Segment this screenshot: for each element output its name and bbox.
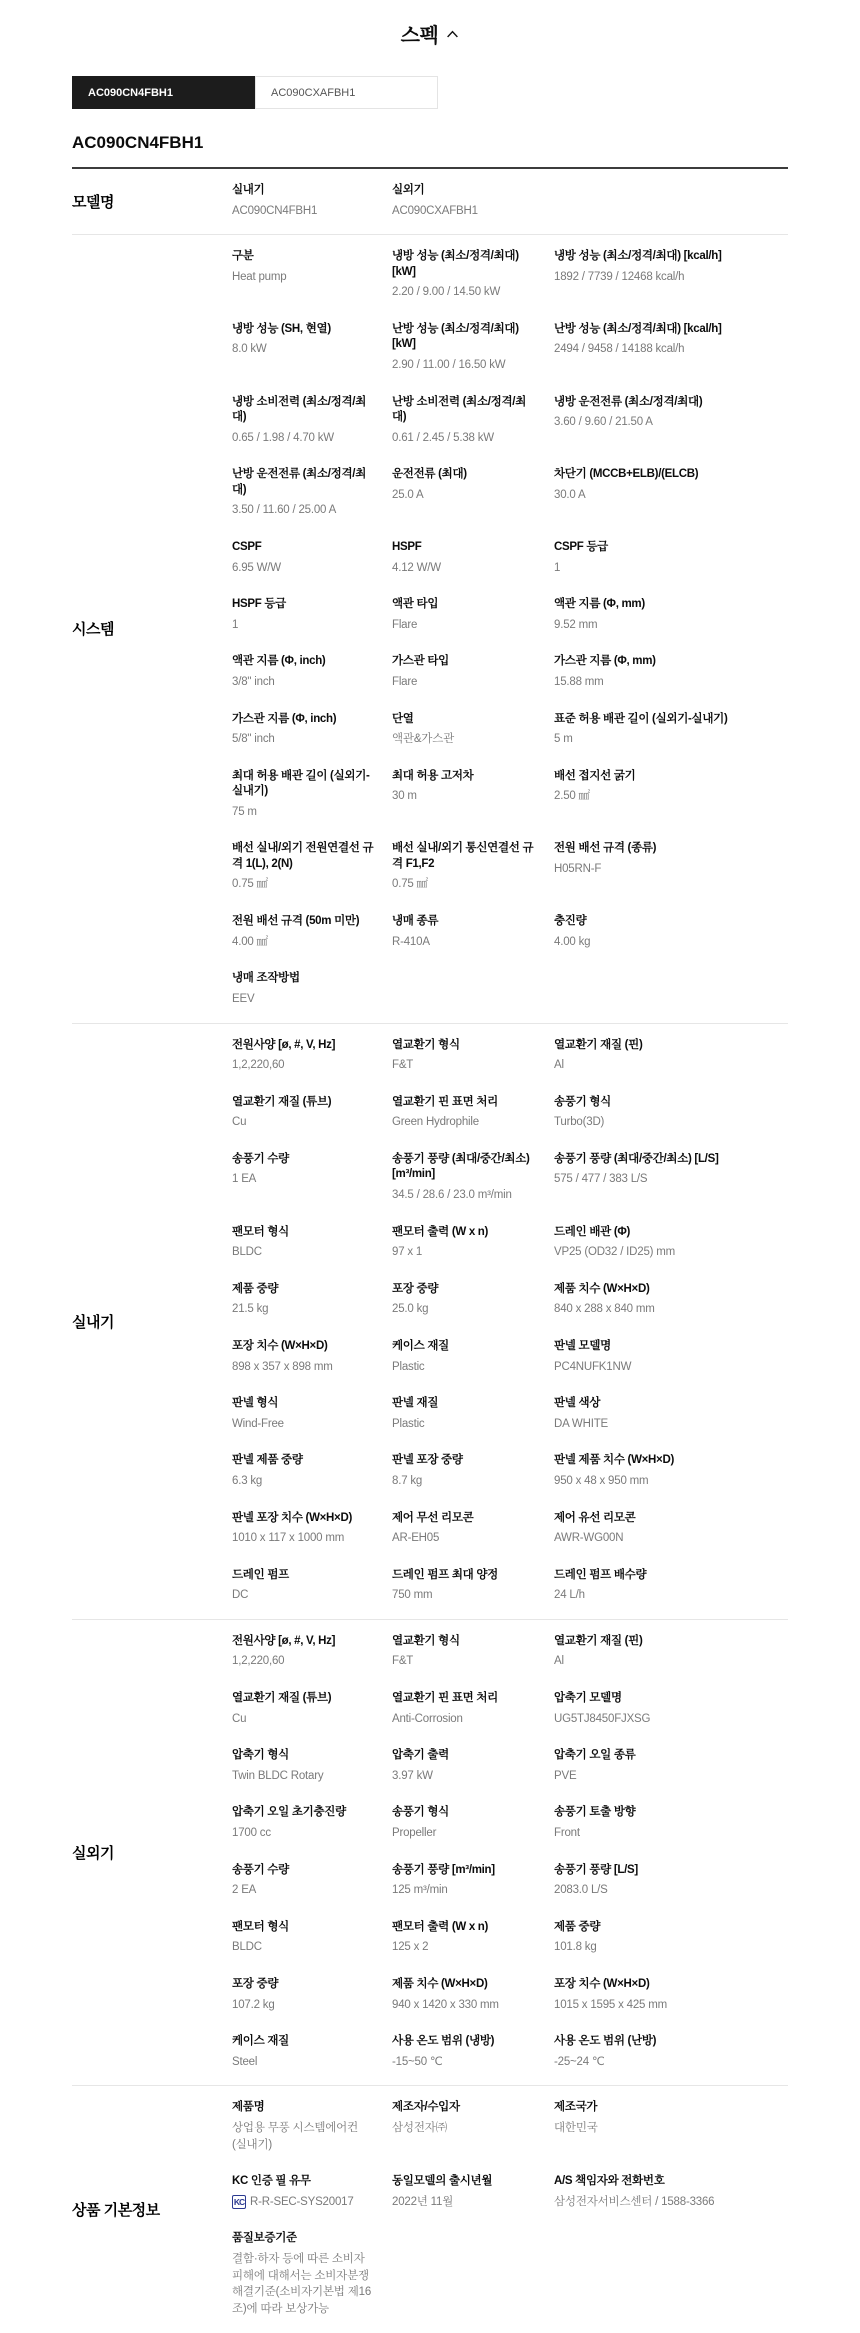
spec-value-text: 2 EA (232, 1882, 256, 1899)
spec-item: 열교환기 재질 (튜브) Cu (232, 1681, 392, 1738)
spec-item: 송풍기 수량 1 EA (232, 1142, 392, 1215)
spec-table: 모델명 실내기 AC090CN4FBH1 실외기 AC090CXAFBH1 시스… (72, 167, 788, 2333)
spec-item-value: 940 x 1420 x 330 mm (392, 1997, 536, 2014)
spec-item-label: 구분 (232, 249, 374, 265)
spec-value-text: H05RN-F (554, 861, 601, 878)
spec-item-value: 840 x 288 x 840 mm (554, 1301, 770, 1318)
spec-item: 제어 무선 리모콘 AR-EH05 (392, 1501, 554, 1558)
spec-item-value: 1010 x 117 x 1000 mm (232, 1530, 374, 1547)
spec-item: 송풍기 풍량 (최대/중간/최소) [L/S] 575 / 477 / 383 … (554, 1142, 788, 1215)
spec-value-text: 6.3 kg (232, 1473, 262, 1490)
tab-ac090cn4fbh1[interactable]: AC090CN4FBH1 (72, 76, 255, 109)
spec-item: 난방 소비전력 (최소/정격/최대) 0.61 / 2.45 / 5.38 kW (392, 385, 554, 458)
spec-value-text: 6.95 W/W (232, 560, 281, 577)
spec-item-value: Green Hydrophile (392, 1114, 536, 1131)
spec-item-label: 전원 배선 규격 (종류) (554, 841, 770, 857)
spec-item-label: HSPF (392, 540, 536, 556)
spec-item-value: BLDC (232, 1939, 374, 1956)
spec-item-value: 1015 x 1595 x 425 mm (554, 1997, 770, 2014)
spec-value-text: 8.0 kW (232, 341, 267, 358)
spec-section: 상품 기본정보 제품명 상업용 무풍 시스템에어컨 (실내기) 제조자/수입자 … (72, 2086, 788, 2332)
spec-item-label: 전원 배선 규격 (50m 미만) (232, 914, 374, 930)
spec-item-value: R-410A (392, 934, 536, 951)
spec-item-value: 75 m (232, 804, 374, 821)
spec-item-value: 125 x 2 (392, 1939, 536, 1956)
spec-item-label: 압축기 출력 (392, 1748, 536, 1764)
tab-label: AC090CN4FBH1 (88, 87, 173, 99)
spec-item: 송풍기 풍량 [L/S] 2083.0 L/S (554, 1853, 788, 1910)
spec-item-value: AWR-WG00N (554, 1530, 770, 1547)
spec-item-label: 팬모터 출력 (W x n) (392, 1225, 536, 1241)
spec-item-label: 판넬 모델명 (554, 1339, 770, 1355)
spec-item-label: 운전전류 (최대) (392, 467, 536, 483)
spec-value-text: 34.5 / 28.6 / 23.0 m³/min (392, 1187, 512, 1204)
spec-value-text: 1700 cc (232, 1825, 271, 1842)
spec-value-text: AC090CN4FBH1 (232, 203, 317, 220)
spec-item: 단열 액관&가스관 (392, 702, 554, 759)
spec-item-value: 125 m³/min (392, 1882, 536, 1899)
spec-value-text: 25.0 kg (392, 1301, 428, 1318)
tab-label: AC090CXAFBH1 (271, 87, 355, 99)
spec-item-value: -25~24 ℃ (554, 2054, 770, 2071)
spec-item-label: 판넬 포장 치수 (W×H×D) (232, 1511, 374, 1527)
spec-value-text: 1892 / 7739 / 12468 kcal/h (554, 269, 684, 286)
spec-item: 열교환기 재질 (핀) Al (554, 1624, 788, 1681)
spec-item: 판넬 색상 DA WHITE (554, 1386, 788, 1443)
spec-item-label: 표준 허용 배관 길이 (실외기-실내기) (554, 712, 770, 728)
spec-item-label: 압축기 오일 종류 (554, 1748, 770, 1764)
spec-item-value: 1 (554, 560, 770, 577)
spec-item: 케이스 재질 Plastic (392, 1329, 554, 1386)
spec-item-value: AC090CXAFBH1 (392, 203, 536, 220)
spec-item: 냉방 성능 (SH, 현열) 8.0 kW (232, 312, 392, 385)
spec-item: HSPF 등급 1 (232, 587, 392, 644)
spec-section: 실외기 전원사양 [ø, #, V, Hz] 1,2,220,60 열교환기 형… (72, 1620, 788, 2087)
section-items: 구분 Heat pump 냉방 성능 (최소/정격/최대) [kW] 2.20 … (232, 239, 788, 1018)
spec-item-label: 송풍기 풍량 (최대/중간/최소) [m³/min] (392, 1152, 536, 1183)
spec-item-value: 상업용 무풍 시스템에어컨 (실내기) (232, 2120, 374, 2153)
spec-item-value: F&T (392, 1057, 536, 1074)
spec-item-label: 포장 중량 (392, 1282, 536, 1298)
spec-item: 배선 접지선 굵기 2.50 ㎟ (554, 759, 788, 832)
spec-item: 표준 허용 배관 길이 (실외기-실내기) 5 m (554, 702, 788, 759)
spec-value-text: 2494 / 9458 / 14188 kcal/h (554, 341, 684, 358)
spec-item-label: 포장 치수 (W×H×D) (554, 1977, 770, 1993)
spec-item: 충진량 4.00 kg (554, 904, 788, 961)
spec-item: 동일모델의 출시년월 2022년 11월 (392, 2164, 554, 2221)
spec-value-text: F&T (392, 1653, 413, 1670)
spec-item-label: 제품 치수 (W×H×D) (392, 1977, 536, 1993)
spec-item-label: 가스관 지름 (Φ, mm) (554, 654, 770, 670)
spec-item: 팬모터 형식 BLDC (232, 1910, 392, 1967)
spec-item-value: Propeller (392, 1825, 536, 1842)
spec-item: 팬모터 출력 (W x n) 125 x 2 (392, 1910, 554, 1967)
spec-item-value: 액관&가스관 (392, 731, 536, 748)
spec-item-value: Al (554, 1653, 770, 1670)
spec-item-value: AR-EH05 (392, 1530, 536, 1547)
spec-item-value: Heat pump (232, 269, 374, 286)
spec-item: 케이스 재질 Steel (232, 2024, 392, 2081)
spec-item: 판넬 모델명 PC4NUFK1NW (554, 1329, 788, 1386)
spec-item: 품질보증기준 결함·하자 등에 따른 소비자피해에 대해서는 소비자분쟁해결기준… (232, 2221, 392, 2328)
kc-certification-icon: KC (232, 2195, 246, 2209)
model-tabs: AC090CN4FBH1 AC090CXAFBH1 (72, 76, 788, 109)
spec-value-text: 1 EA (232, 1171, 256, 1188)
spec-value-text: Al (554, 1057, 564, 1074)
spec-item-value: DC (232, 1587, 374, 1604)
spec-value-text: 2083.0 L/S (554, 1882, 608, 1899)
spec-value-text: AWR-WG00N (554, 1530, 623, 1547)
spec-value-text: 상업용 무풍 시스템에어컨 (실내기) (232, 2120, 374, 2153)
spec-item: 제어 유선 리모콘 AWR-WG00N (554, 1501, 788, 1558)
spec-item-value: 0.75 ㎟ (232, 876, 374, 893)
spec-item: 배선 실내/외기 전원연결선 규격 1(L), 2(N) 0.75 ㎟ (232, 831, 392, 904)
spec-item-value: Cu (232, 1114, 374, 1131)
spec-item: 열교환기 핀 표면 처리 Anti-Corrosion (392, 1681, 554, 1738)
spec-item-label: 열교환기 재질 (튜브) (232, 1691, 374, 1707)
spec-value-text: Green Hydrophile (392, 1114, 479, 1131)
spec-item-label: 팬모터 형식 (232, 1920, 374, 1936)
spec-value-text: Wind-Free (232, 1416, 284, 1433)
spec-item-value: EEV (232, 991, 374, 1008)
spec-value-text: 3.97 kW (392, 1768, 433, 1785)
spec-item-label: 송풍기 토출 방향 (554, 1805, 770, 1821)
spec-value-text: VP25 (OD32 / ID25) mm (554, 1244, 675, 1261)
spec-item-label: 열교환기 재질 (핀) (554, 1038, 770, 1054)
spec-value-text: F&T (392, 1057, 413, 1074)
spec-item: 팬모터 출력 (W x n) 97 x 1 (392, 1215, 554, 1272)
spec-item-value: H05RN-F (554, 861, 770, 878)
spec-value-text: 1010 x 117 x 1000 mm (232, 1530, 344, 1547)
spec-item: 판넬 재질 Plastic (392, 1386, 554, 1443)
spec-value-text: 1,2,220,60 (232, 1653, 284, 1670)
spec-item: 송풍기 풍량 (최대/중간/최소) [m³/min] 34.5 / 28.6 /… (392, 1142, 554, 1215)
spec-item-label: 압축기 형식 (232, 1748, 374, 1764)
spec-item-value: 898 x 357 x 898 mm (232, 1359, 374, 1376)
spec-value-text: 75 m (232, 804, 257, 821)
spec-item: 포장 중량 107.2 kg (232, 1967, 392, 2024)
spec-value-text: 125 x 2 (392, 1939, 428, 1956)
spec-item-label: 실외기 (392, 183, 536, 199)
spec-item-value: Flare (392, 674, 536, 691)
spec-item-value: 2494 / 9458 / 14188 kcal/h (554, 341, 770, 358)
spec-value-text: 101.8 kg (554, 1939, 597, 1956)
spec-item: 가스관 지름 (Φ, mm) 15.88 mm (554, 644, 788, 701)
spec-item-value: 2.50 ㎟ (554, 788, 770, 805)
spec-item-value: 21.5 kg (232, 1301, 374, 1318)
spec-item: 운전전류 (최대) 25.0 A (392, 457, 554, 530)
spec-item-label: 케이스 재질 (232, 2034, 374, 2050)
spec-item-value: 2 EA (232, 1882, 374, 1899)
spec-item-label: 차단기 (MCCB+ELB)/(ELCB) (554, 467, 770, 483)
spec-item: 판넬 형식 Wind-Free (232, 1386, 392, 1443)
spec-item-label: 팬모터 형식 (232, 1225, 374, 1241)
spec-value-text: 1,2,220,60 (232, 1057, 284, 1074)
spec-value-text: 24 L/h (554, 1587, 585, 1604)
spec-item-value: 8.7 kg (392, 1473, 536, 1490)
spec-item: A/S 책임자와 전화번호 삼성전자서비스센터 / 1588-3366 (554, 2164, 788, 2221)
spec-value-text: EEV (232, 991, 254, 1008)
spec-value-text: 0.65 / 1.98 / 4.70 kW (232, 430, 334, 447)
spec-item: 냉방 성능 (최소/정격/최대) [kcal/h] 1892 / 7739 / … (554, 239, 788, 312)
spec-item-value: 대한민국 (554, 2120, 770, 2137)
spec-item-value: F&T (392, 1653, 536, 1670)
spec-value-text: 4.12 W/W (392, 560, 441, 577)
spec-item: 압축기 오일 종류 PVE (554, 1738, 788, 1795)
spec-value-text: Anti-Corrosion (392, 1711, 463, 1728)
spec-item: 열교환기 형식 F&T (392, 1624, 554, 1681)
spec-item-label: 냉방 소비전력 (최소/정격/최대) (232, 395, 374, 426)
spec-item: 최대 허용 고저차 30 m (392, 759, 554, 832)
spec-item-value: 1892 / 7739 / 12468 kcal/h (554, 269, 770, 286)
spec-item-label: 품질보증기준 (232, 2231, 374, 2247)
spec-item-value: 2083.0 L/S (554, 1882, 770, 1899)
spec-item-value: 4.12 W/W (392, 560, 536, 577)
spec-item-value: Al (554, 1057, 770, 1074)
spec-item-label: 송풍기 수량 (232, 1863, 374, 1879)
spec-item-label: 제어 무선 리모콘 (392, 1511, 536, 1527)
spec-value-text: Propeller (392, 1825, 436, 1842)
spec-item-value: 950 x 48 x 950 mm (554, 1473, 770, 1490)
spec-value-text: 30 m (392, 788, 417, 805)
spec-item-value: 3.60 / 9.60 / 21.50 A (554, 414, 770, 431)
spec-item-value: 34.5 / 28.6 / 23.0 m³/min (392, 1187, 536, 1204)
spec-item: 열교환기 핀 표면 처리 Green Hydrophile (392, 1085, 554, 1142)
spec-item: 압축기 오일 초기충진량 1700 cc (232, 1795, 392, 1852)
spec-value-text: 575 / 477 / 383 L/S (554, 1171, 647, 1188)
spec-item-value: Flare (392, 617, 536, 634)
spec-accordion-header[interactable]: 스펙 (72, 16, 788, 50)
spec-value-text: 2022년 11월 (392, 2194, 453, 2211)
spec-item: 송풍기 수량 2 EA (232, 1853, 392, 1910)
spec-value-text: 97 x 1 (392, 1244, 422, 1261)
spec-value-text: 2.90 / 11.00 / 16.50 kW (392, 357, 505, 374)
spec-item-value: 1 EA (232, 1171, 374, 1188)
spec-item-label: 배선 접지선 굵기 (554, 769, 770, 785)
spec-item-label: 포장 중량 (232, 1977, 374, 1993)
spec-item: 액관 지름 (Φ, mm) 9.52 mm (554, 587, 788, 644)
spec-item-value: 97 x 1 (392, 1244, 536, 1261)
spec-item-label: 팬모터 출력 (W x n) (392, 1920, 536, 1936)
spec-value-text: R-R-SEC-SYS20017 (250, 2194, 354, 2211)
spec-item: 압축기 모델명 UG5TJ8450FJXSG (554, 1681, 788, 1738)
spec-item: 냉방 소비전력 (최소/정격/최대) 0.65 / 1.98 / 4.70 kW (232, 385, 392, 458)
spec-item: 드레인 펌프 DC (232, 1558, 392, 1615)
spec-item-value: 2022년 11월 (392, 2194, 536, 2211)
section-items: 전원사양 [ø, #, V, Hz] 1,2,220,60 열교환기 형식 F&… (232, 1624, 788, 2082)
spec-value-text: 125 m³/min (392, 1882, 448, 1899)
spec-item-value: VP25 (OD32 / ID25) mm (554, 1244, 770, 1261)
spec-value-text: 1 (554, 560, 560, 577)
spec-item-value: 8.0 kW (232, 341, 374, 358)
spec-item-label: 가스관 지름 (Φ, inch) (232, 712, 374, 728)
spec-item: 제품명 상업용 무풍 시스템에어컨 (실내기) (232, 2090, 392, 2164)
spec-item: HSPF 4.12 W/W (392, 530, 554, 587)
spec-item-label: 사용 온도 범위 (냉방) (392, 2034, 536, 2050)
spec-value-text: -15~50 ℃ (392, 2054, 443, 2071)
spec-item-value: 30.0 A (554, 487, 770, 504)
spec-item-label: 동일모델의 출시년월 (392, 2174, 536, 2190)
spec-value-text: Flare (392, 617, 417, 634)
spec-item: 실내기 AC090CN4FBH1 (232, 173, 392, 230)
spec-item-label: 열교환기 형식 (392, 1634, 536, 1650)
spec-item-label: 송풍기 형식 (554, 1095, 770, 1111)
spec-item-label: 액관 타입 (392, 597, 536, 613)
spec-item-value: UG5TJ8450FJXSG (554, 1711, 770, 1728)
spec-item-value: 5/8" inch (232, 731, 374, 748)
spec-value-text: 25.0 A (392, 487, 423, 504)
spec-item-label: 냉방 성능 (SH, 현열) (232, 322, 374, 338)
spec-item: 액관 지름 (Φ, inch) 3/8" inch (232, 644, 392, 701)
spec-item: 송풍기 형식 Turbo(3D) (554, 1085, 788, 1142)
spec-value-text: Al (554, 1653, 564, 1670)
spec-value-text: 삼성전자서비스센터 / 1588-3366 (554, 2194, 714, 2211)
spec-item-value: 4.00 kg (554, 934, 770, 951)
spec-item-label: 판넬 제품 치수 (W×H×D) (554, 1453, 770, 1469)
section-items: 제품명 상업용 무풍 시스템에어컨 (실내기) 제조자/수입자 삼성전자㈜ 제조… (232, 2090, 788, 2328)
spec-item-value: Twin BLDC Rotary (232, 1768, 374, 1785)
spec-item-label: 열교환기 핀 표면 처리 (392, 1691, 536, 1707)
spec-item: 판넬 포장 치수 (W×H×D) 1010 x 117 x 1000 mm (232, 1501, 392, 1558)
spec-title: 스펙 (401, 19, 439, 48)
spec-item-value: 25.0 A (392, 487, 536, 504)
spec-item: 배선 실내/외기 통신연결선 규격 F1,F2 0.75 ㎟ (392, 831, 554, 904)
spec-item: 가스관 지름 (Φ, inch) 5/8" inch (232, 702, 392, 759)
spec-value-text: 삼성전자㈜ (392, 2120, 447, 2137)
spec-item: 제품 치수 (W×H×D) 840 x 288 x 840 mm (554, 1272, 788, 1329)
spec-item-value: BLDC (232, 1244, 374, 1261)
spec-item-value: Wind-Free (232, 1416, 374, 1433)
spec-item: 압축기 출력 3.97 kW (392, 1738, 554, 1795)
spec-item-value: Plastic (392, 1416, 536, 1433)
spec-value-text: 3/8" inch (232, 674, 275, 691)
spec-item: 송풍기 토출 방향 Front (554, 1795, 788, 1852)
spec-item-label: 충진량 (554, 914, 770, 930)
spec-item-label: 열교환기 재질 (튜브) (232, 1095, 374, 1111)
spec-item: 판넬 포장 중량 8.7 kg (392, 1443, 554, 1500)
spec-item-label: 제조국가 (554, 2100, 770, 2116)
spec-page: 스펙 AC090CN4FBH1 AC090CXAFBH1 AC090CN4FBH… (0, 0, 860, 2333)
spec-item-value: 2.20 / 9.00 / 14.50 kW (392, 284, 536, 301)
section-label: 모델명 (72, 173, 232, 230)
spec-item-label: 포장 치수 (W×H×D) (232, 1339, 374, 1355)
spec-value-text: 898 x 357 x 898 mm (232, 1359, 333, 1376)
spec-item: 냉매 조작방법 EEV (232, 961, 392, 1018)
spec-value-text: 840 x 288 x 840 mm (554, 1301, 655, 1318)
spec-item-label: 냉매 조작방법 (232, 971, 374, 987)
spec-item-label: 냉방 성능 (최소/정격/최대) [kcal/h] (554, 249, 770, 265)
spec-item: 차단기 (MCCB+ELB)/(ELCB) 30.0 A (554, 457, 788, 530)
spec-value-text: 5 m (554, 731, 573, 748)
spec-item-label: 판넬 재질 (392, 1396, 536, 1412)
section-label: 실외기 (72, 1624, 232, 2082)
spec-item: 냉매 종류 R-410A (392, 904, 554, 961)
spec-item-label: 압축기 모델명 (554, 1691, 770, 1707)
spec-item: 실외기 AC090CXAFBH1 (392, 173, 554, 230)
section-items: 전원사양 [ø, #, V, Hz] 1,2,220,60 열교환기 형식 F&… (232, 1028, 788, 1615)
spec-item-label: 최대 허용 고저차 (392, 769, 536, 785)
spec-item-value: 삼성전자서비스센터 / 1588-3366 (554, 2194, 770, 2211)
spec-item-label: 배선 실내/외기 전원연결선 규격 1(L), 2(N) (232, 841, 374, 872)
spec-item-label: 액관 지름 (Φ, inch) (232, 654, 374, 670)
spec-item-label: 드레인 펌프 (232, 1568, 374, 1584)
spec-item-value: 3.50 / 11.60 / 25.00 A (232, 502, 374, 519)
spec-item-value: 15.88 mm (554, 674, 770, 691)
spec-item-label: 케이스 재질 (392, 1339, 536, 1355)
spec-item-value: 30 m (392, 788, 536, 805)
spec-item-value: 4.00 ㎟ (232, 934, 374, 951)
spec-item: 열교환기 형식 F&T (392, 1028, 554, 1085)
spec-item: 전원 배선 규격 (50m 미만) 4.00 ㎟ (232, 904, 392, 961)
spec-item: 팬모터 형식 BLDC (232, 1215, 392, 1272)
spec-item: CSPF 6.95 W/W (232, 530, 392, 587)
spec-item-label: 드레인 펌프 최대 양정 (392, 1568, 536, 1584)
spec-value-text: Twin BLDC Rotary (232, 1768, 323, 1785)
spec-item-label: 제품 중량 (232, 1282, 374, 1298)
spec-item-label: 판넬 포장 중량 (392, 1453, 536, 1469)
section-label: 실내기 (72, 1028, 232, 1615)
spec-item-value: 0.61 / 2.45 / 5.38 kW (392, 430, 536, 447)
spec-item: CSPF 등급 1 (554, 530, 788, 587)
spec-item-value: PVE (554, 1768, 770, 1785)
spec-item-value: DA WHITE (554, 1416, 770, 1433)
spec-item-value: AC090CN4FBH1 (232, 203, 374, 220)
spec-value-text: BLDC (232, 1244, 262, 1261)
spec-item-value: Anti-Corrosion (392, 1711, 536, 1728)
spec-value-text: 0.75 ㎟ (392, 876, 428, 893)
spec-item-value: 1,2,220,60 (232, 1653, 374, 1670)
spec-item-label: 제품 치수 (W×H×D) (554, 1282, 770, 1298)
section-items: 실내기 AC090CN4FBH1 실외기 AC090CXAFBH1 (232, 173, 788, 230)
spec-value-text: AR-EH05 (392, 1530, 439, 1547)
spec-value-text: 21.5 kg (232, 1301, 268, 1318)
spec-value-text: 대한민국 (554, 2120, 598, 2137)
spec-item: 사용 온도 범위 (난방) -25~24 ℃ (554, 2024, 788, 2081)
spec-item-value: 3.97 kW (392, 1768, 536, 1785)
spec-value-text: Plastic (392, 1416, 424, 1433)
spec-value-text: 9.52 mm (554, 617, 597, 634)
spec-item: 드레인 펌프 배수량 24 L/h (554, 1558, 788, 1615)
spec-item-label: 난방 소비전력 (최소/정격/최대) (392, 395, 536, 426)
spec-item-value: 1 (232, 617, 374, 634)
spec-item-label: 제품 중량 (554, 1920, 770, 1936)
spec-item: 판넬 제품 중량 6.3 kg (232, 1443, 392, 1500)
spec-value-text: BLDC (232, 1939, 262, 1956)
spec-value-text: 1 (232, 617, 238, 634)
spec-item-label: 판넬 색상 (554, 1396, 770, 1412)
spec-value-text: Heat pump (232, 269, 286, 286)
spec-item-value: Front (554, 1825, 770, 1842)
spec-item: 난방 운전전류 (최소/정격/최대) 3.50 / 11.60 / 25.00 … (232, 457, 392, 530)
spec-value-text: Plastic (392, 1359, 424, 1376)
spec-item-value: 6.95 W/W (232, 560, 374, 577)
spec-value-text: Cu (232, 1114, 246, 1131)
spec-item-label: 송풍기 풍량 (최대/중간/최소) [L/S] (554, 1152, 770, 1168)
spec-item-label: CSPF (232, 540, 374, 556)
spec-value-text: Turbo(3D) (554, 1114, 604, 1131)
spec-item: 송풍기 형식 Propeller (392, 1795, 554, 1852)
tab-ac090cxafbh1[interactable]: AC090CXAFBH1 (255, 76, 438, 109)
spec-value-text: 15.88 mm (554, 674, 604, 691)
spec-item-label: 열교환기 형식 (392, 1038, 536, 1054)
spec-item: 열교환기 재질 (튜브) Cu (232, 1085, 392, 1142)
spec-item-value: 107.2 kg (232, 1997, 374, 2014)
spec-value-text: 5/8" inch (232, 731, 275, 748)
spec-value-text: 8.7 kg (392, 1473, 422, 1490)
spec-item: 난방 성능 (최소/정격/최대) [kW] 2.90 / 11.00 / 16.… (392, 312, 554, 385)
spec-item: 드레인 배관 (Φ) VP25 (OD32 / ID25) mm (554, 1215, 788, 1272)
spec-item-label: 전원사양 [ø, #, V, Hz] (232, 1038, 374, 1054)
